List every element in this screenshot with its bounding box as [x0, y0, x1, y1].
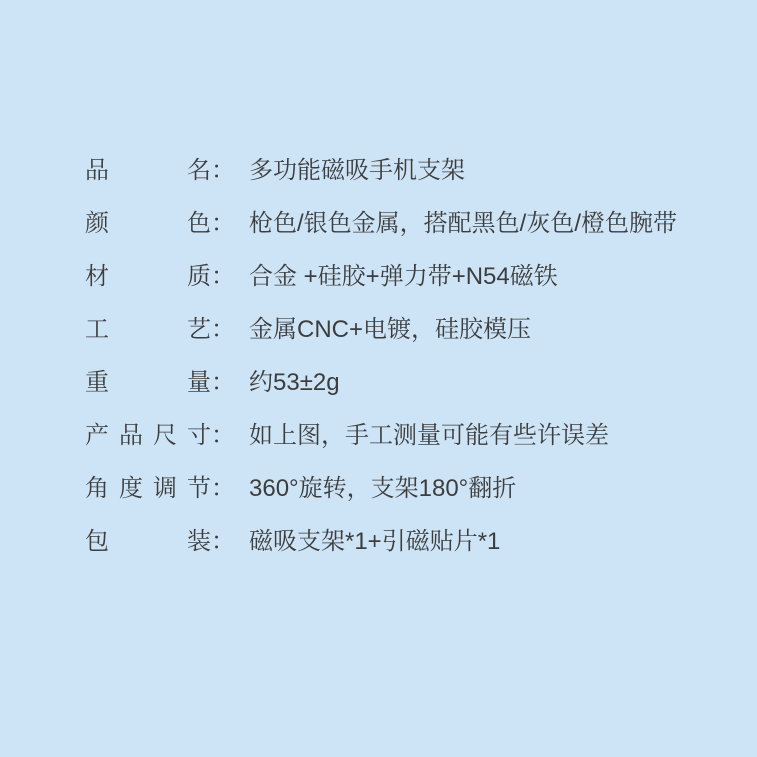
spec-row-color: 颜色：枪色/银色金属，搭配黑色/灰色/橙色腕带	[85, 197, 717, 250]
spec-value: 约53±2g	[249, 356, 340, 409]
spec-row-material: 材质：合金 +硅胶+弹力带+N54磁铁	[85, 250, 717, 303]
spec-colon: ：	[211, 409, 235, 462]
product-spec-sheet: 品名：多功能磁吸手机支架 颜色：枪色/银色金属，搭配黑色/灰色/橙色腕带 材质：…	[0, 0, 757, 757]
spec-row-craft: 工艺：金属CNC+电镀，硅胶模压	[85, 303, 717, 356]
spec-label: 角度调节	[85, 462, 211, 515]
spec-row-dimensions: 产品尺寸：如上图，手工测量可能有些许误差	[85, 409, 717, 462]
spec-label: 颜色	[85, 197, 211, 250]
spec-colon: ：	[211, 197, 235, 250]
spec-value: 如上图，手工测量可能有些许误差	[249, 409, 609, 462]
spec-row-product-name: 品名：多功能磁吸手机支架	[85, 144, 717, 197]
spec-value: 360°旋转，支架180°翻折	[249, 462, 516, 515]
spec-label: 品名	[85, 144, 211, 197]
spec-colon: ：	[211, 515, 235, 568]
spec-colon: ：	[211, 356, 235, 409]
spec-value: 枪色/银色金属，搭配黑色/灰色/橙色腕带	[249, 197, 677, 250]
spec-label: 产品尺寸	[85, 409, 211, 462]
spec-colon: ：	[211, 462, 235, 515]
spec-colon: ：	[211, 303, 235, 356]
spec-value: 金属CNC+电镀，硅胶模压	[249, 303, 531, 356]
spec-value: 磁吸支架*1+引磁贴片*1	[249, 515, 500, 568]
spec-label: 重量	[85, 356, 211, 409]
spec-label: 材质	[85, 250, 211, 303]
spec-colon: ：	[211, 250, 235, 303]
spec-row-angle-adjust: 角度调节：360°旋转，支架180°翻折	[85, 462, 717, 515]
spec-colon: ：	[211, 144, 235, 197]
spec-label: 工艺	[85, 303, 211, 356]
spec-row-package: 包装：磁吸支架*1+引磁贴片*1	[85, 515, 717, 568]
spec-value: 合金 +硅胶+弹力带+N54磁铁	[249, 250, 558, 303]
spec-row-weight: 重量：约53±2g	[85, 356, 717, 409]
spec-value: 多功能磁吸手机支架	[249, 144, 465, 197]
spec-label: 包装	[85, 515, 211, 568]
